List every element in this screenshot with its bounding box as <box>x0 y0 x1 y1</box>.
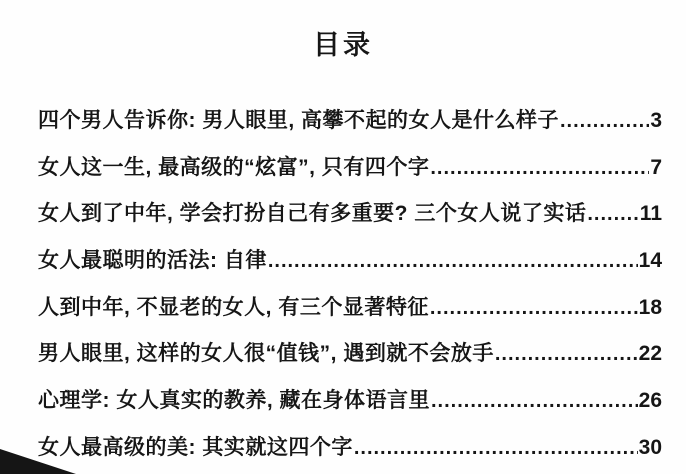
toc-entry-title: 心理学: 女人真实的教养, 藏在身体语言里 <box>38 388 430 413</box>
toc-list: 四个男人告诉你: 男人眼里, 高攀不起的女人是什么样子 ............… <box>38 108 662 474</box>
toc-entry-page-number: 30 <box>639 435 662 460</box>
dot-leader: ........................................… <box>587 202 638 227</box>
dot-leader: ........................................… <box>268 249 638 274</box>
toc-entry: 人到中年, 不显老的女人, 有三个显著特征 ..................… <box>38 295 662 342</box>
toc-page: 目录 四个男人告诉你: 男人眼里, 高攀不起的女人是什么样子 .........… <box>0 0 686 474</box>
toc-entry: 女人这一生, 最高级的“炫富”, 只有四个字 .................… <box>38 155 662 202</box>
toc-entry-title: 男人眼里, 这样的女人很“值钱”, 遇到就不会放手 <box>38 341 494 366</box>
dot-leader: ........................................… <box>495 342 638 367</box>
page-title: 目录 <box>0 30 686 60</box>
toc-entry-page-number: 18 <box>639 295 662 320</box>
dot-leader: ........................................… <box>431 389 638 414</box>
toc-entry-page-number: 7 <box>650 155 662 180</box>
toc-entry-page-number: 11 <box>640 201 662 226</box>
toc-entry-title: 女人最高级的美: 其实就这四个字 <box>38 435 353 460</box>
toc-entry-title: 人到中年, 不显老的女人, 有三个显著特征 <box>38 295 429 320</box>
toc-entry-title: 女人这一生, 最高级的“炫富”, 只有四个字 <box>38 155 429 180</box>
toc-entry-title: 女人到了中年, 学会打扮自己有多重要? 三个女人说了实话 <box>38 201 586 226</box>
toc-entry-title: 四个男人告诉你: 男人眼里, 高攀不起的女人是什么样子 <box>38 108 559 133</box>
toc-entry: 女人最高级的美: 其实就这四个字 .......................… <box>38 435 662 474</box>
toc-entry: 女人到了中年, 学会打扮自己有多重要? 三个女人说了实话 ...........… <box>38 201 662 248</box>
dot-leader: ........................................… <box>430 156 649 181</box>
toc-entry: 四个男人告诉你: 男人眼里, 高攀不起的女人是什么样子 ............… <box>38 108 662 155</box>
toc-entry-page-number: 26 <box>639 388 662 413</box>
dot-leader: ........................................… <box>354 436 638 461</box>
page-corner-shadow <box>0 449 76 474</box>
toc-entry-page-number: 14 <box>639 248 662 273</box>
toc-entry-title: 女人最聪明的活法: 自律 <box>38 248 267 273</box>
dot-leader: ........................................… <box>430 296 638 321</box>
toc-entry: 女人最聪明的活法: 自律 ...........................… <box>38 248 662 295</box>
dot-leader: ........................................… <box>560 109 649 134</box>
toc-entry: 男人眼里, 这样的女人很“值钱”, 遇到就不会放手 ..............… <box>38 341 662 388</box>
toc-entry-page-number: 3 <box>650 108 662 133</box>
toc-entry-page-number: 22 <box>639 341 662 366</box>
toc-entry: 心理学: 女人真实的教养, 藏在身体语言里 ..................… <box>38 388 662 435</box>
